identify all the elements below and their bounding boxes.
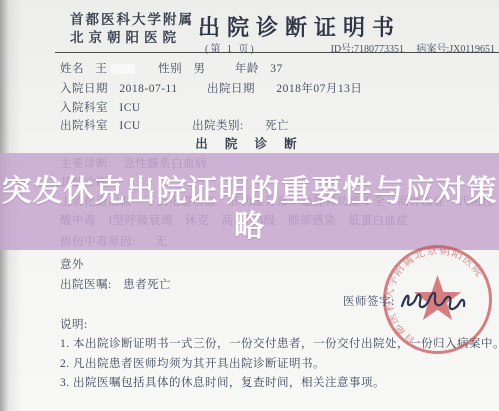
header-divider bbox=[55, 52, 499, 53]
discharge-date-label: 出院日期 bbox=[207, 83, 255, 95]
admit-dept-row: 入院科室 ICU bbox=[60, 99, 141, 115]
hospital-name-line2: 北京朝阳医院 bbox=[70, 26, 181, 46]
headline-text: 突发休克出院证明的重要性与应对策 略 bbox=[2, 174, 498, 244]
patient-age: 37 bbox=[270, 63, 283, 75]
document-title: 出院诊断证明书 bbox=[198, 11, 401, 42]
doctor-signature-label: 医师签字: bbox=[343, 293, 395, 309]
discharge-orders: 患者死亡 bbox=[123, 279, 171, 291]
patient-id: ID号:7180773351 bbox=[331, 44, 404, 55]
patient-identity-row: 姓名 王 性别 男 年龄 37 bbox=[60, 60, 283, 76]
admit-dept-label: 入院科室 bbox=[60, 102, 108, 114]
gender-label: 性别 bbox=[158, 63, 182, 75]
discharge-type-label: 出院类别: bbox=[192, 120, 244, 132]
discharge-certificate-document: 首都医科大学附属 北京朝阳医院 出院诊断证明书 (第 1 页) ID号:7180… bbox=[0, 0, 499, 411]
notes-label: 说明: bbox=[60, 316, 88, 332]
accident-row: 意外 bbox=[60, 256, 84, 272]
discharge-type: 死亡 bbox=[265, 120, 289, 132]
discharge-orders-label: 出院医嘱: bbox=[60, 279, 112, 291]
discharge-dept-row: 出院科室 ICU 出院类别: 死亡 bbox=[60, 117, 289, 133]
dates-row: 入院日期 2018-07-11 出院日期 2018年07月13日 bbox=[60, 80, 362, 96]
case-number: 病案号:JX0119651 bbox=[416, 44, 495, 55]
discharge-date: 2018年07月13日 bbox=[276, 83, 362, 95]
discharge-dept: ICU bbox=[119, 120, 140, 132]
patient-name: 王 bbox=[95, 63, 107, 75]
headline-line2: 略 bbox=[2, 209, 498, 244]
diagnosis-section-title: 出 院 诊 断 bbox=[0, 134, 499, 152]
name-redaction-patch bbox=[111, 64, 135, 74]
headline-line1: 突发休克出院证明的重要性与应对策 bbox=[2, 174, 498, 209]
doctor-signature bbox=[398, 284, 470, 318]
patient-gender: 男 bbox=[194, 63, 206, 75]
age-label: 年龄 bbox=[235, 63, 259, 75]
discharge-orders-row: 出院医嘱: 患者死亡 bbox=[60, 276, 171, 292]
note-item-2: 2. 凡出院患者医师均须为其开具出院诊断证明书。 bbox=[60, 355, 325, 371]
name-label: 姓名 bbox=[60, 63, 84, 75]
headline-overlay-banner: 突发休克出院证明的重要性与应对策 略 bbox=[0, 153, 499, 250]
note-item-3: 3. 出院医嘱包括具体的休息时间，复查时间，相关注意事项。 bbox=[60, 374, 385, 390]
admit-date-label: 入院日期 bbox=[60, 83, 108, 95]
admit-date: 2018-07-11 bbox=[119, 83, 177, 95]
discharge-dept-label: 出院科室 bbox=[60, 120, 108, 132]
hospital-name-line1: 首都医科大学附属 bbox=[70, 8, 194, 28]
admit-dept: ICU bbox=[119, 102, 140, 114]
